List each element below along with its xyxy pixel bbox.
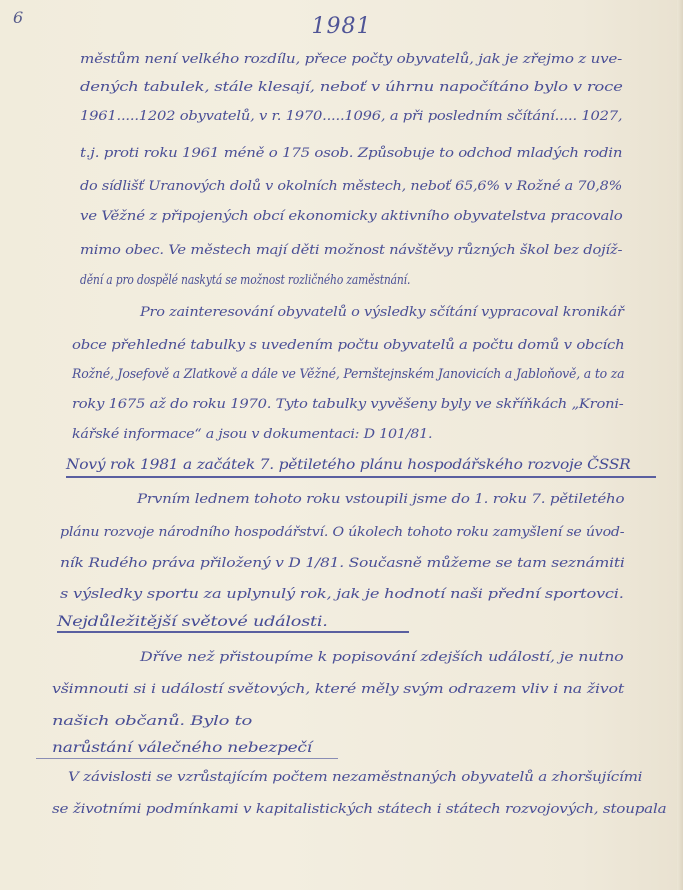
paragraph-1-line: t.j. proti roku 1961 méně o 175 osob. Zp… (80, 144, 622, 164)
section-heading-war-danger: narůstání válečného nebezpečí (52, 738, 312, 758)
paragraph-5-line: se životními podmínkami v kapitalistický… (52, 800, 666, 820)
paragraph-1-line: mimo obec. Ve městech mají děti možnost … (80, 241, 622, 261)
section-heading-new-year-1981: Nový rok 1981 a začátek 7. pětiletého pl… (66, 455, 631, 475)
paragraph-5-line: V závislosti se vzrůstajícím počtem neza… (68, 768, 642, 788)
year-title: 1981 (0, 14, 683, 39)
paragraph-2-line: kářské informace“ a jsou v dokumentaci: … (72, 425, 432, 445)
heading-underline (36, 758, 338, 759)
heading-underline (66, 476, 656, 478)
paragraph-1-line: ve Věžné z připojených obcí ekonomicky a… (80, 207, 623, 227)
paragraph-1-line: do sídlišť Uranových dolů v okolních měs… (80, 177, 622, 197)
paragraph-4-line: našich občanů. Bylo to (52, 712, 252, 732)
paragraph-3-line: Prvním lednem tohoto roku vstoupili jsme… (137, 490, 624, 510)
paragraph-1-line: městům není velkého rozdílu, přece počty… (80, 50, 622, 70)
paragraph-3-line: plánu rozvoje národního hospodářství. O … (60, 523, 624, 543)
paragraph-1-line: dění a pro dospělé naskytá se možnost ro… (80, 271, 410, 291)
paragraph-3-line: ník Rudého práva přiložený v D 1/81. Sou… (60, 554, 625, 574)
paragraph-4-line: všimnouti si i událostí světových, které… (52, 680, 624, 700)
section-heading-world-events: Nejdůležitější světové události. (57, 612, 328, 632)
paragraph-2-line: Pro zainteresování obyvatelů o výsledky … (140, 303, 624, 323)
paragraph-2-line: Rožné, Josefově a Zlatkově a dále ve Věž… (72, 365, 624, 385)
paragraph-2-line: obce přehledné tabulky s uvedením počtu … (72, 336, 624, 356)
paragraph-3-line: s výsledky sportu za uplynulý rok, jak j… (60, 585, 624, 605)
paragraph-1-line: 1961.....1202 obyvatelů, v r. 1970.....1… (80, 107, 622, 127)
heading-underline (57, 631, 409, 633)
handwritten-chronicle-page: 6 1981 městům není velkého rozdílu, přec… (0, 0, 683, 890)
paragraph-1-line: dených tabulek, stále klesají, neboť v ú… (80, 78, 623, 98)
paragraph-2-line: roky 1675 až do roku 1970. Tyto tabulky … (72, 395, 624, 415)
paragraph-4-line: Dříve než přistoupíme k popisování zdejš… (140, 648, 623, 668)
